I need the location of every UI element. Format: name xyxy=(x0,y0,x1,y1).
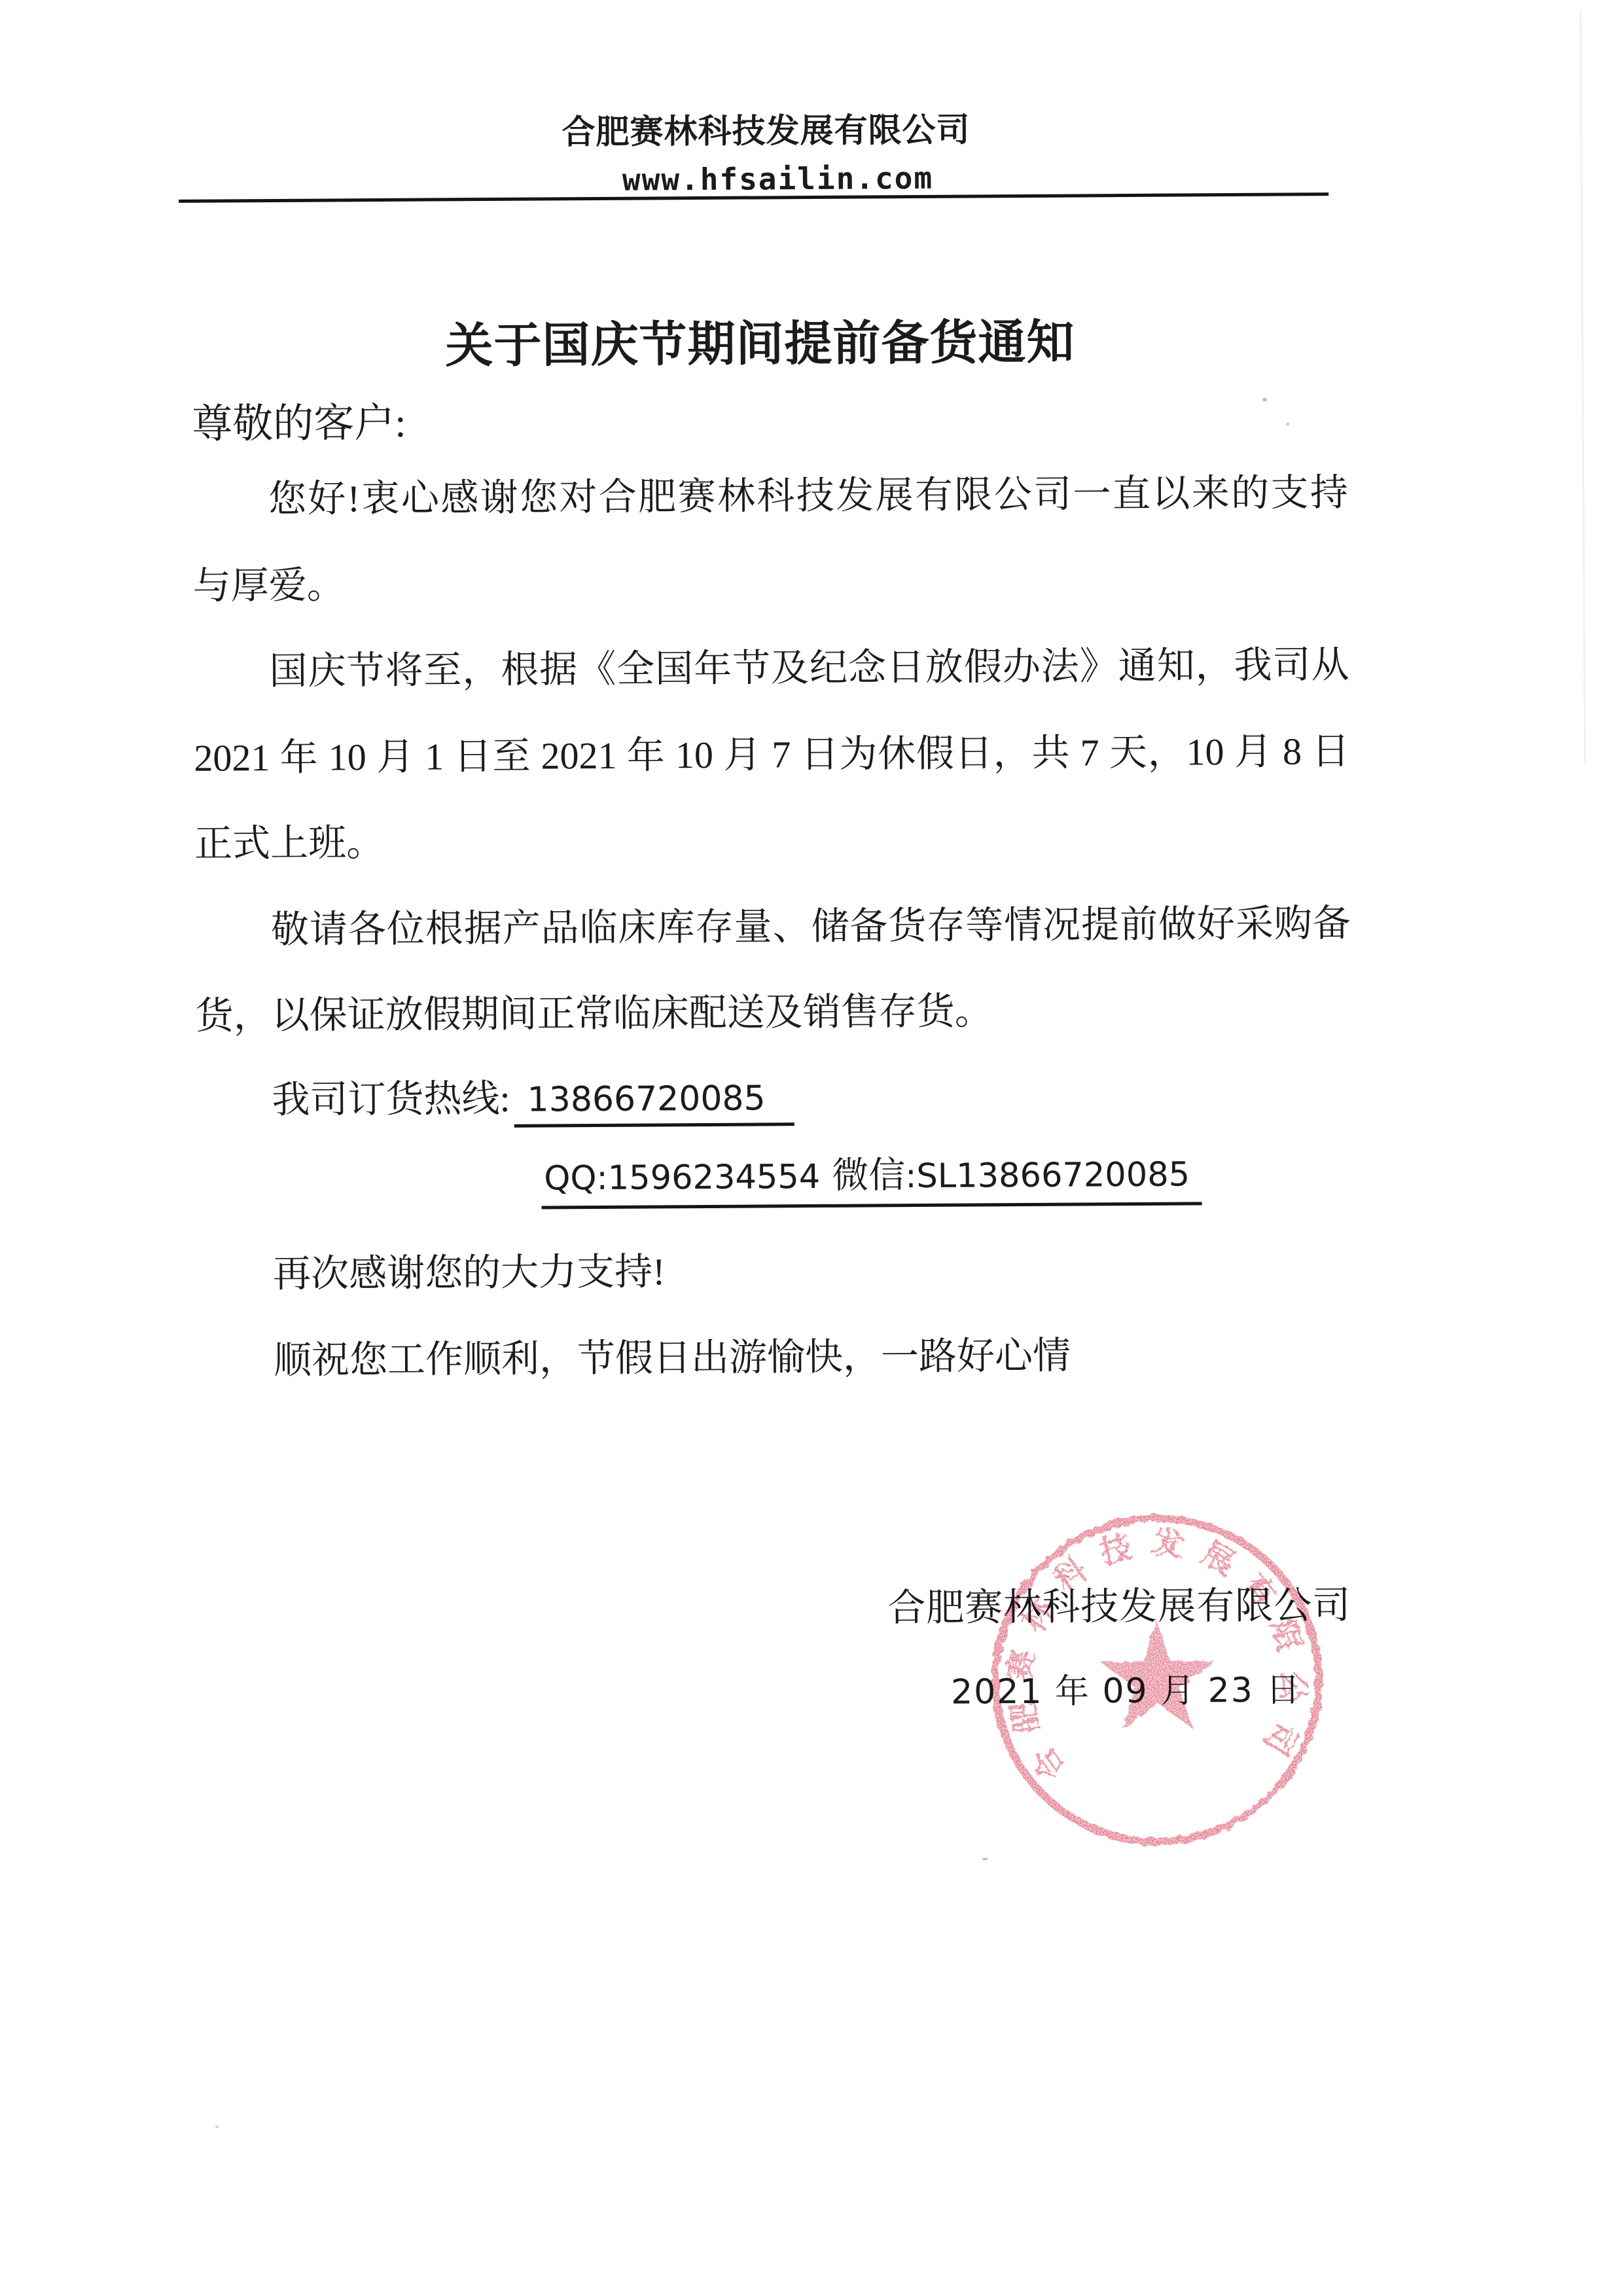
qq-number: 1596234554 xyxy=(608,1158,821,1198)
scanner-streak xyxy=(1579,10,1586,762)
closing-wish: 顺祝您工作顺利，节假日出游愉快，一路好心情 xyxy=(274,1325,1071,1384)
scan-speck xyxy=(1286,423,1289,426)
body-line: 货，以保证放假期间正常临床配送及销售存货。 xyxy=(195,966,1351,1059)
hotline-row: 我司订货热线:13866720085 xyxy=(272,1066,794,1129)
scan-speck xyxy=(982,1857,988,1860)
letterhead-company-name: 合肥赛林科技发展有限公司 xyxy=(562,102,970,153)
qq-label: QQ: xyxy=(544,1159,608,1198)
body-line: 敬请各位根据产品临床库存量、储备货存等情况提前做好采购备 xyxy=(195,880,1351,973)
closing-thanks: 再次感谢您的大力支持! xyxy=(273,1240,666,1298)
scanned-sheet: 合肥赛林科技发展有限公司 www.hfsailin.com 关于国庆节期间提前备… xyxy=(0,0,1623,2296)
wechat-label: 微信 xyxy=(832,1155,905,1196)
body-text: 您好!衷心感谢您对合肥赛林科技发展有限公司一直以来的支持 与厚爱。 国庆节将至，… xyxy=(192,450,1352,1059)
contact-row: QQ:1596234554微信:SL13866720085 xyxy=(541,1144,1202,1209)
salutation: 尊敬的客户: xyxy=(192,390,406,450)
hotline-label: 我司订货热线: xyxy=(272,1077,510,1121)
body-line: 您好!衷心感谢您对合肥赛林科技发展有限公司一直以来的支持 xyxy=(192,450,1349,543)
company-seal-stamp: 合肥赛林科技发展有限公司 xyxy=(972,1496,1341,1864)
body-line: 正式上班。 xyxy=(194,794,1351,887)
scan-speck xyxy=(1262,398,1267,402)
body-line: 与厚爱。 xyxy=(192,535,1349,628)
body-line: 国庆节将至，根据《全国年节及纪念日放假办法》通知，我司从 xyxy=(193,622,1349,715)
letterhead-website: www.hfsailin.com xyxy=(622,160,933,198)
contact-underline: QQ:1596234554微信:SL13866720085 xyxy=(541,1144,1202,1209)
seal-star-icon xyxy=(1099,1619,1215,1729)
scan-speck xyxy=(215,2126,219,2128)
hotline-number: 13866720085 xyxy=(527,1079,765,1119)
letter-page: 合肥赛林科技发展有限公司 www.hfsailin.com 关于国庆节期间提前备… xyxy=(0,0,1623,2296)
wechat-id: :SL13866720085 xyxy=(905,1155,1190,1196)
document-title: 关于国庆节期间提前备货通知 xyxy=(445,304,1075,376)
hotline-underline: 13866720085 xyxy=(514,1075,794,1128)
body-line: 2021 年 10 月 1 日至 2021 年 10 月 7 日为休假日，共 7… xyxy=(194,708,1350,800)
